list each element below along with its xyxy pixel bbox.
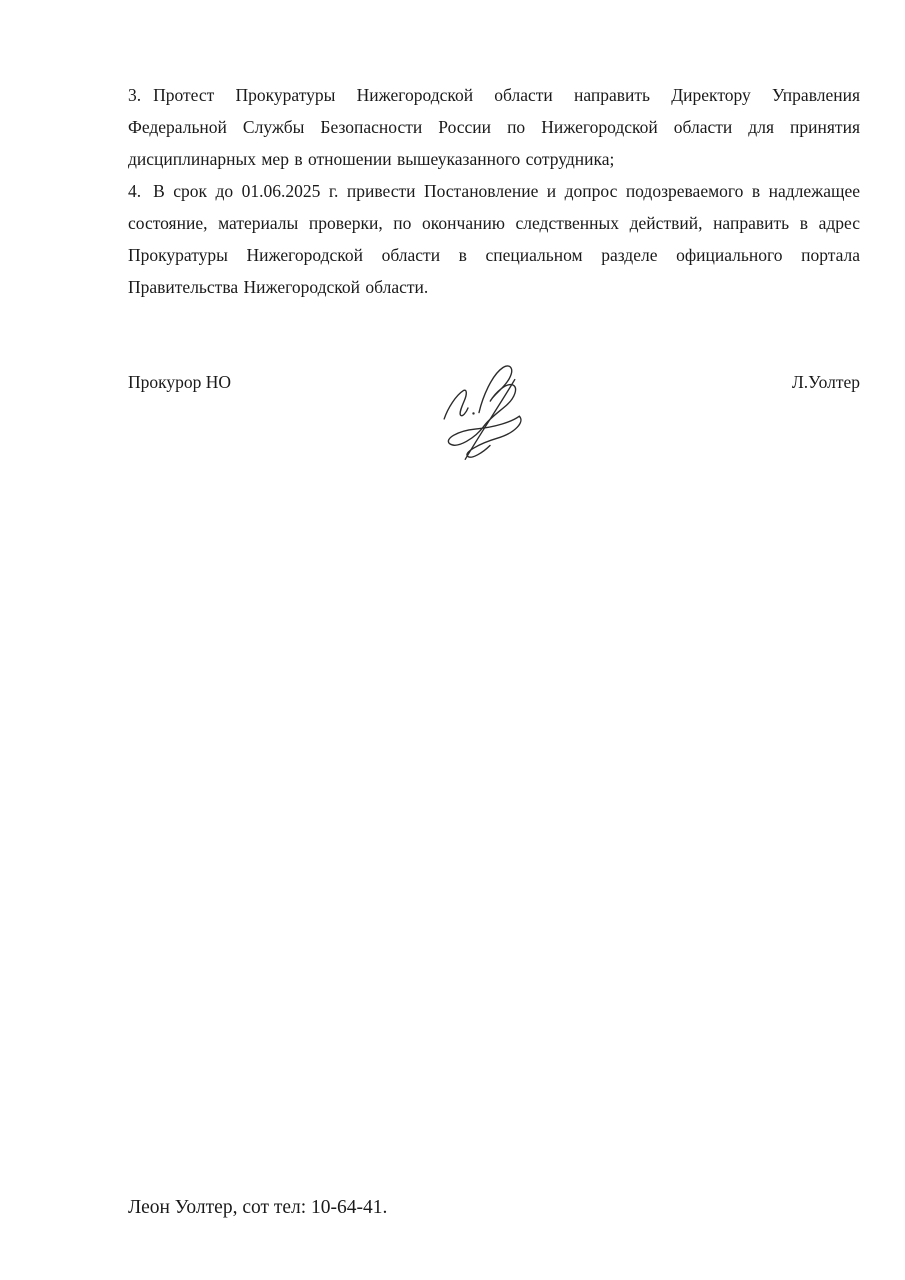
signer-name-label: Л.Уолтер — [792, 369, 860, 395]
handwritten-signature-icon — [435, 359, 545, 467]
document-page: 3.Протест Прокуратуры Нижегородской обла… — [0, 0, 905, 1280]
paragraph-3-number: 3. — [128, 85, 141, 105]
signature-block: Прокурор НО Л.Уолтер — [128, 369, 860, 395]
document-body: 3.Протест Прокуратуры Нижегородской обла… — [128, 79, 860, 395]
paragraph-4-text: В срок до 01.06.2025 г. привести Постано… — [128, 181, 860, 297]
signer-position-label: Прокурор НО — [128, 369, 231, 395]
contact-footer: Леон Уолтер, сот тел: 10-64-41. — [128, 1194, 387, 1222]
paragraph-3-text: Протест Прокуратуры Нижегородской област… — [128, 85, 860, 169]
contact-line: Леон Уолтер, сот тел: 10-64-41. — [128, 1197, 387, 1218]
paragraph-4: 4.В срок до 01.06.2025 г. привести Поста… — [128, 175, 860, 303]
paragraph-4-number: 4. — [128, 181, 141, 201]
paragraph-3: 3.Протест Прокуратуры Нижегородской обла… — [128, 79, 860, 175]
